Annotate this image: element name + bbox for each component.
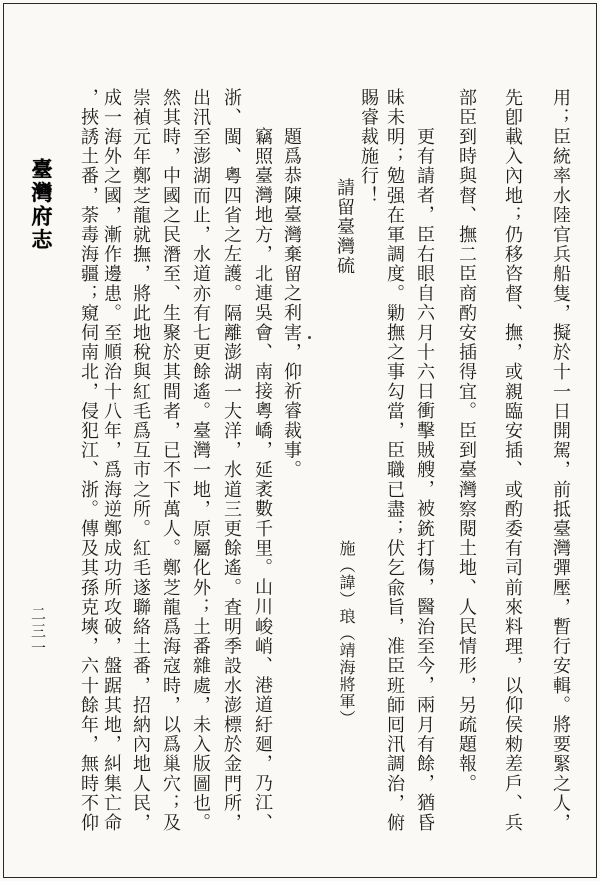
text-column: 昧未明；勉强在軍調度。勦撫之事勾當，臣職已盡；伏乞兪旨，准臣班師囘汛調治，俯 bbox=[380, 88, 408, 833]
text-column: 竊照臺灣地方，北連吳會、南接粵嶠，延袤數千里。山川峻峭、港道紆廻，乃江、 bbox=[248, 127, 276, 833]
author-attribution: 施（諱）琅（靖海將軍） bbox=[332, 540, 360, 727]
text-column: 浙、閩、粵四省之左護。隔離澎湖一大洋，水道三更餘遙。査明季設水澎標於金門所， bbox=[217, 88, 245, 833]
text-column: 部臣到時與督、撫二臣商酌安插得宜。臣到臺灣察閱土地、人民情形，另疏題報。 bbox=[452, 88, 480, 794]
section-title: 請留臺灣硫 bbox=[330, 178, 358, 276]
text-column: 題爲恭陳臺灣棄留之利害，仰祈睿裁事。 bbox=[277, 127, 305, 480]
text-column: 用；臣統率水陸官兵船隻，擬於十一日開駕，前抵臺灣彈壓，暫行安輯。將要緊之人， bbox=[546, 88, 574, 833]
book-spine-title: 臺灣府志 bbox=[26, 158, 56, 252]
text-column: 崇禎元年鄭芝龍就撫，將此地稅與紅毛爲互市之所。紅毛遂聯絡土番，招納內地人民， bbox=[126, 88, 154, 833]
text-column: 然其時，中國之民潛至、生聚於其間者，已不下萬人。鄭芝龍爲海寇時，以爲巢穴；及 bbox=[156, 88, 184, 833]
text-column: 先卽載入內地；仍移咨督、撫，或親臨安插、或酌委有司前來料理，以仰侯勑差戶、兵 bbox=[498, 88, 526, 833]
page-number: 二三一 bbox=[28, 606, 49, 657]
text-column: 更有請者，臣右眼自六月十六日衝擊賊艘，被銃打傷，醫治至今，兩月有餘，猶昏 bbox=[410, 127, 438, 833]
text-column: ，挾誘土番，荼毒海疆；窺伺南北，侵犯江、浙。傳及其孫克塽，六十餘年，無時不仰 bbox=[74, 88, 102, 833]
scanned-book-page: 臺灣府志 二三一 用；臣統率水陸官兵船隻，擬於十一日開駕，前抵臺灣彈壓，暫行安輯… bbox=[0, 0, 600, 881]
text-column: 出汛至澎湖而止，水道亦有七更餘遙。臺灣一地，原屬化外；土番雜處，未入版圖也。 bbox=[186, 88, 214, 833]
text-column: 賜睿裁施行！ bbox=[354, 88, 382, 206]
ink-speck bbox=[308, 336, 311, 339]
